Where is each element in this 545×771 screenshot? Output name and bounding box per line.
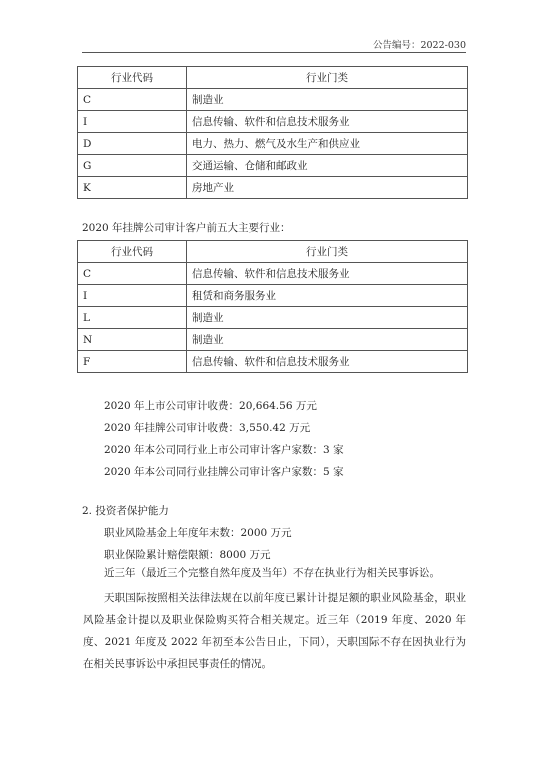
industry-category: 制造业 [187,89,468,111]
listed-audit-fee: 2020 年上市公司审计收费：20,664.56 万元 [104,398,317,413]
column-header-category: 行业门类 [187,67,468,89]
column-header-category: 行业门类 [187,241,468,263]
column-header-code: 行业代码 [78,67,187,89]
table-row: C 信息传输、软件和信息技术服务业 [78,263,468,285]
industry-code: G [78,155,187,177]
protection-paragraph: 天职国际按照相关法律法规在以前年度已累计计提足额的职业风险基金，职业风险基金计提… [83,587,466,675]
industry-category: 制造业 [187,329,468,351]
risk-fund-line: 职业风险基金上年度年末数：2000 万元 [104,525,292,540]
table-row: I 信息传输、软件和信息技术服务业 [78,111,468,133]
industry-code: I [78,285,187,307]
industry-table-1: 行业代码 行业门类 C 制造业 I 信息传输、软件和信息技术服务业 D 电力、热… [77,66,468,199]
industry-code: C [78,263,187,285]
table-row: N 制造业 [78,329,468,351]
industry-category: 房地产业 [187,177,468,199]
table-row: C 制造业 [78,89,468,111]
industry-code: I [78,111,187,133]
industry-category: 租赁和商务服务业 [187,285,468,307]
column-header-code: 行业代码 [78,241,187,263]
table-row: G 交通运输、仓储和邮政业 [78,155,468,177]
industry-code: L [78,307,187,329]
industry-code: C [78,89,187,111]
table-header-row: 行业代码 行业门类 [78,241,468,263]
table-header-row: 行业代码 行业门类 [78,67,468,89]
announcement-number: 公告编号：2022-030 [373,37,466,51]
industry-code: N [78,329,187,351]
industry-category: 制造业 [187,307,468,329]
industry-category: 电力、热力、燃气及水生产和供应业 [187,133,468,155]
industry-code: F [78,351,187,373]
table-row: F 信息传输、软件和信息技术服务业 [78,351,468,373]
listed-client-count: 2020 年本公司同行业上市公司审计客户家数：3 家 [104,442,344,457]
table-row: D 电力、热力、燃气及水生产和供应业 [78,133,468,155]
industry-code: K [78,177,187,199]
insurance-limit-line: 职业保险累计赔偿限额：8000 万元 [104,547,271,562]
industry-category: 交通运输、仓储和邮政业 [187,155,468,177]
section-title: 2. 投资者保护能力 [82,503,169,518]
industry-code: D [78,133,187,155]
industry-category: 信息传输、软件和信息技术服务业 [187,111,468,133]
nonlisted-audit-fee: 2020 年挂牌公司审计收费：3,550.42 万元 [104,420,310,435]
table-2-caption: 2020 年挂牌公司审计客户前五大主要行业： [82,220,291,235]
industry-table-2: 行业代码 行业门类 C 信息传输、软件和信息技术服务业 I 租赁和商务服务业 L… [77,240,468,373]
nonlisted-client-count: 2020 年本公司同行业挂牌公司审计客户家数：5 家 [104,464,344,479]
industry-category: 信息传输、软件和信息技术服务业 [187,263,468,285]
table-row: I 租赁和商务服务业 [78,285,468,307]
table-row: K 房地产业 [78,177,468,199]
industry-category: 信息传输、软件和信息技术服务业 [187,351,468,373]
litigation-line: 近三年（最近三个完整自然年度及当年）不存在执业行为相关民事诉讼。 [104,565,440,580]
table-row: L 制造业 [78,307,468,329]
header-divider [82,52,466,53]
